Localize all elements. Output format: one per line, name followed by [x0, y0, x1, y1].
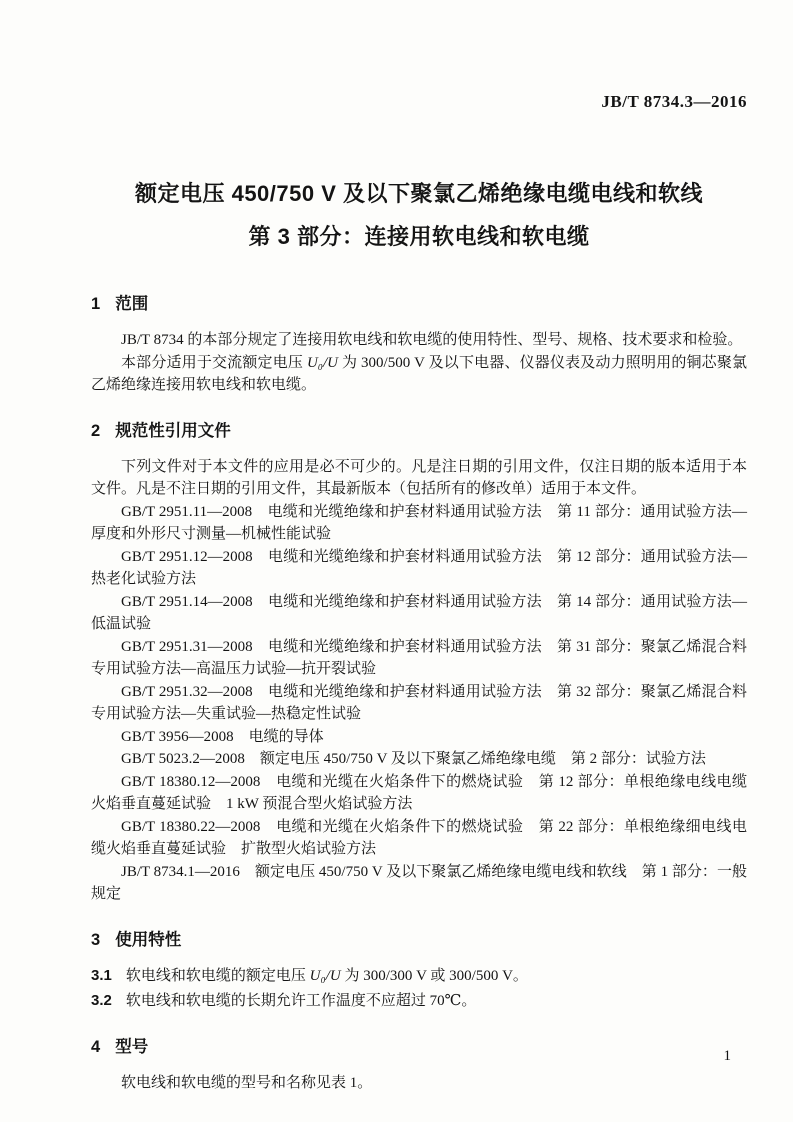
- scope-p2-pre: 本部分适用于交流额定电压: [121, 355, 307, 371]
- section-number: 2: [91, 422, 100, 440]
- clause-3-2-text: 软电线和软电缆的长期允许工作温度不应超过 70℃。: [126, 993, 477, 1009]
- reference-item: GB/T 2951.14—2008 电缆和光缆绝缘和护套材料通用试验方法 第 1…: [91, 591, 747, 636]
- scope-paragraph-1: JB/T 8734 的本部分规定了连接用软电线和软电缆的使用特性、型号、规格、技…: [91, 329, 747, 352]
- reference-item: GB/T 2951.31—2008 电缆和光缆绝缘和护套材料通用试验方法 第 3…: [91, 636, 747, 681]
- voltage-symbol: U₀/U: [307, 355, 338, 371]
- title-line-1: 额定电压 450/750 V 及以下聚氯乙烯绝缘电缆电线和软线: [91, 172, 747, 215]
- reference-item: JB/T 8734.1—2016 额定电压 450/750 V 及以下聚氯乙烯绝…: [91, 861, 747, 906]
- section-title: 使用特性: [115, 931, 181, 949]
- section-heading-references: 2规范性引用文件: [91, 421, 747, 442]
- section-heading-model: 4型号: [91, 1037, 747, 1058]
- page-number: 1: [724, 1046, 732, 1066]
- section-title: 规范性引用文件: [115, 422, 231, 440]
- reference-item: GB/T 3956—2008 电缆的导体: [91, 726, 747, 749]
- clause-number: 3.2: [91, 992, 112, 1009]
- section-number: 4: [91, 1038, 100, 1056]
- clause-3-1: 3.1软电线和软电缆的额定电压 U₀/U 为 300/300 V 或 300/5…: [91, 965, 747, 988]
- document-title: 额定电压 450/750 V 及以下聚氯乙烯绝缘电缆电线和软线 第 3 部分：连…: [91, 172, 747, 258]
- reference-item: GB/T 2951.32—2008 电缆和光缆绝缘和护套材料通用试验方法 第 3…: [91, 681, 747, 726]
- section-title: 型号: [115, 1038, 148, 1056]
- reference-item: GB/T 2951.12—2008 电缆和光缆绝缘和护套材料通用试验方法 第 1…: [91, 546, 747, 591]
- reference-item: GB/T 18380.22—2008 电缆和光缆在火焰条件下的燃烧试验 第 22…: [91, 816, 747, 861]
- section-title: 范围: [115, 295, 148, 313]
- reference-item: GB/T 18380.12—2008 电缆和光缆在火焰条件下的燃烧试验 第 12…: [91, 771, 747, 816]
- model-paragraph: 软电线和软电缆的型号和名称见表 1。: [91, 1072, 747, 1095]
- title-line-2: 第 3 部分：连接用软电线和软电缆: [91, 215, 747, 258]
- clause-3-2: 3.2软电线和软电缆的长期允许工作温度不应超过 70℃。: [91, 990, 747, 1013]
- reference-item: GB/T 5023.2—2008 额定电压 450/750 V 及以下聚氯乙烯绝…: [91, 748, 747, 771]
- clause-number: 3.1: [91, 967, 112, 984]
- scope-paragraph-2: 本部分适用于交流额定电压 U₀/U 为 300/500 V 及以下电器、仪器仪表…: [91, 352, 747, 397]
- section-number: 3: [91, 931, 100, 949]
- clause-3-1-post: 为 300/300 V 或 300/500 V。: [341, 968, 528, 984]
- reference-item: GB/T 2951.11—2008 电缆和光缆绝缘和护套材料通用试验方法 第 1…: [91, 501, 747, 546]
- section-heading-scope: 1范围: [91, 294, 747, 315]
- voltage-symbol: U₀/U: [310, 968, 341, 984]
- references-intro: 下列文件对于本文件的应用是必不可少的。凡是注日期的引用文件，仅注日期的版本适用于…: [91, 456, 747, 501]
- document-page: JB/T 8734.3—2016 额定电压 450/750 V 及以下聚氯乙烯绝…: [0, 0, 793, 1122]
- section-number: 1: [91, 295, 100, 313]
- section-heading-usage: 3使用特性: [91, 930, 747, 951]
- doc-number: JB/T 8734.3—2016: [91, 92, 747, 112]
- clause-3-1-pre: 软电线和软电缆的额定电压: [126, 968, 310, 984]
